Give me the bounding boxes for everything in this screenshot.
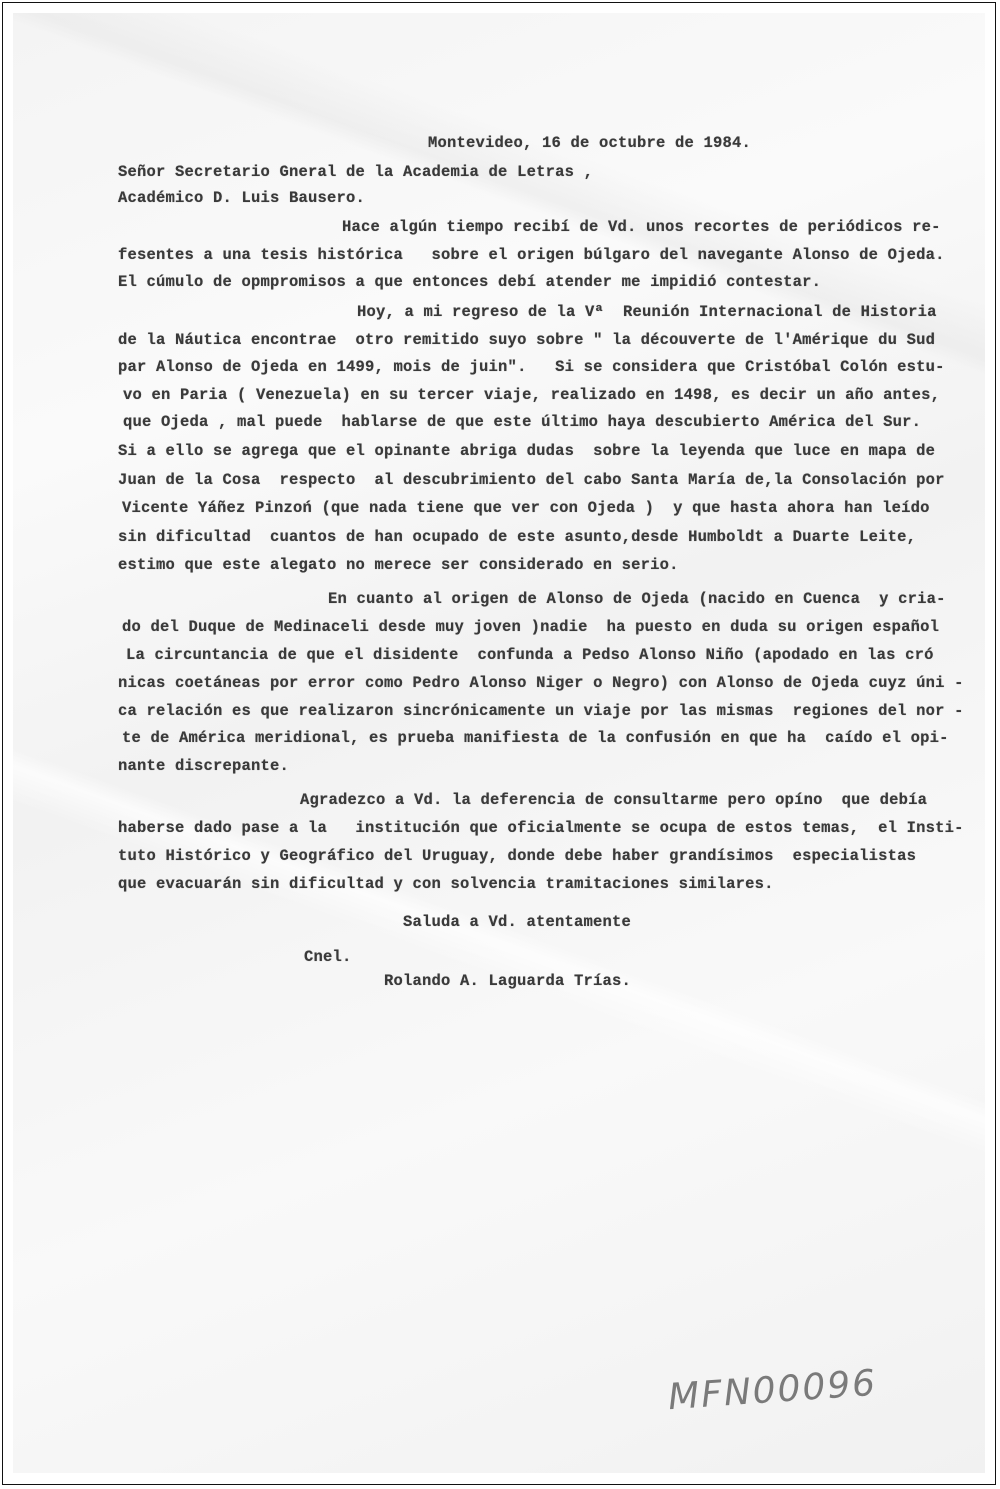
paragraph-2-line: Hoy, a mi regreso de la Vª Reunión Inter… — [357, 303, 937, 321]
paragraph-2-line: estimo que este alegato no merece ser co… — [118, 556, 679, 574]
paragraph-1-line: fesentes a una tesis histórica sobre el … — [118, 246, 945, 264]
rank-abbreviation: Cnel. — [304, 948, 352, 966]
paragraph-3-line: do del Duque de Medinaceli desde muy jov… — [122, 618, 939, 636]
paragraph-4-line: tuto Histórico y Geográfico del Uruguay,… — [118, 847, 916, 865]
paragraph-3-line: La circuntancia de que el disidente conf… — [126, 646, 934, 664]
signature-name: Rolando A. Laguarda Trías. — [384, 972, 631, 990]
date-line: Montevideo, 16 de octubre de 1984. — [428, 134, 751, 152]
paragraph-4-line: haberse dado pase a la institución que o… — [118, 819, 964, 837]
paragraph-1-line: Hace algún tiempo recibí de Vd. unos rec… — [342, 218, 941, 236]
paragraph-2-line: vo en Paria ( Venezuela) en su tercer vi… — [123, 386, 940, 404]
paragraph-2-line: Vicente Yáñez Pinzoń (que nada tiene que… — [122, 499, 930, 517]
paragraph-3-line: nante discrepante. — [118, 757, 289, 775]
paragraph-2-line: que Ojeda , mal puede hablarse de que es… — [123, 413, 921, 431]
paragraph-3-line: nicas coetáneas por error como Pedro Alo… — [118, 674, 964, 692]
paragraph-4-line: que evacuarán sin dificultad y con solve… — [118, 875, 774, 893]
paragraph-3-line: En cuanto al origen de Alonso de Ojeda (… — [328, 590, 946, 608]
paragraph-3-line: te de América meridional, es prueba mani… — [122, 729, 949, 747]
paragraph-2-line: par Alonso de Ojeda en 1499, mois de jui… — [118, 358, 945, 376]
addressee-line-1: Señor Secretario Gneral de la Academia d… — [118, 163, 593, 181]
paragraph-2-line: de la Náutica encontrae otro remitido su… — [118, 331, 935, 349]
paragraph-2-line: sin dificultad cuantos de han ocupado de… — [118, 528, 916, 546]
paragraph-2-line: Juan de la Cosa respecto al descubrimien… — [118, 471, 945, 489]
paragraph-2-line: Si a ello se agrega que el opinante abri… — [118, 442, 935, 460]
closing-line: Saluda a Vd. atentamente — [403, 913, 631, 931]
paragraph-4-line: Agradezco a Vd. la deferencia de consult… — [300, 791, 927, 809]
paragraph-3-line: ca relación es que realizaron sincrónica… — [118, 702, 964, 720]
addressee-line-2: Académico D. Luis Bausero. — [118, 189, 365, 207]
paragraph-1-line: El cúmulo de opmpromisos a que entonces … — [118, 273, 821, 291]
